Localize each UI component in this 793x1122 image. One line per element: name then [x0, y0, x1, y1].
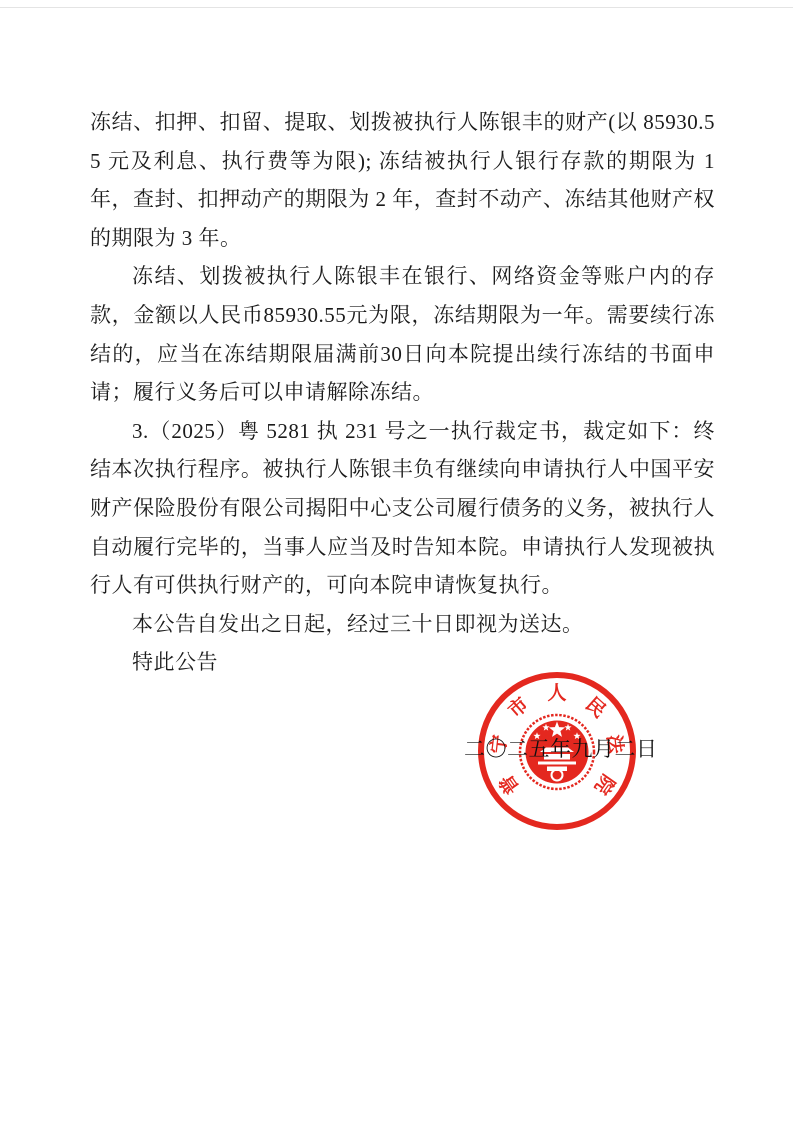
- paragraph: 本公告自发出之日起，经过三十日即视为送达。: [90, 605, 715, 644]
- issue-date: 二〇二五年九月二日: [464, 733, 658, 763]
- svg-text:人: 人: [547, 682, 566, 704]
- paragraph: 冻结、划拨被执行人陈银丰在银行、网络资金等账户内的存款，金额以人民币85930.…: [90, 257, 715, 411]
- paragraph: 3.（2025）粤 5281 执 231 号之一执行裁定书，裁定如下：终结本次执…: [90, 412, 715, 605]
- svg-text:院: 院: [590, 770, 620, 799]
- paragraph: 冻结、扣押、扣留、提取、划拨被执行人陈银丰的财产(以 85930.55 元及利息…: [90, 103, 715, 257]
- svg-text:民: 民: [581, 693, 610, 722]
- scan-artifact-top-border: [0, 7, 793, 8]
- announcement-page: 冻结、扣押、扣留、提取、划拨被执行人陈银丰的财产(以 85930.55 元及利息…: [0, 0, 793, 1122]
- announcement-body: 冻结、扣押、扣留、提取、划拨被执行人陈银丰的财产(以 85930.55 元及利息…: [90, 103, 715, 682]
- svg-text:普: 普: [494, 770, 524, 799]
